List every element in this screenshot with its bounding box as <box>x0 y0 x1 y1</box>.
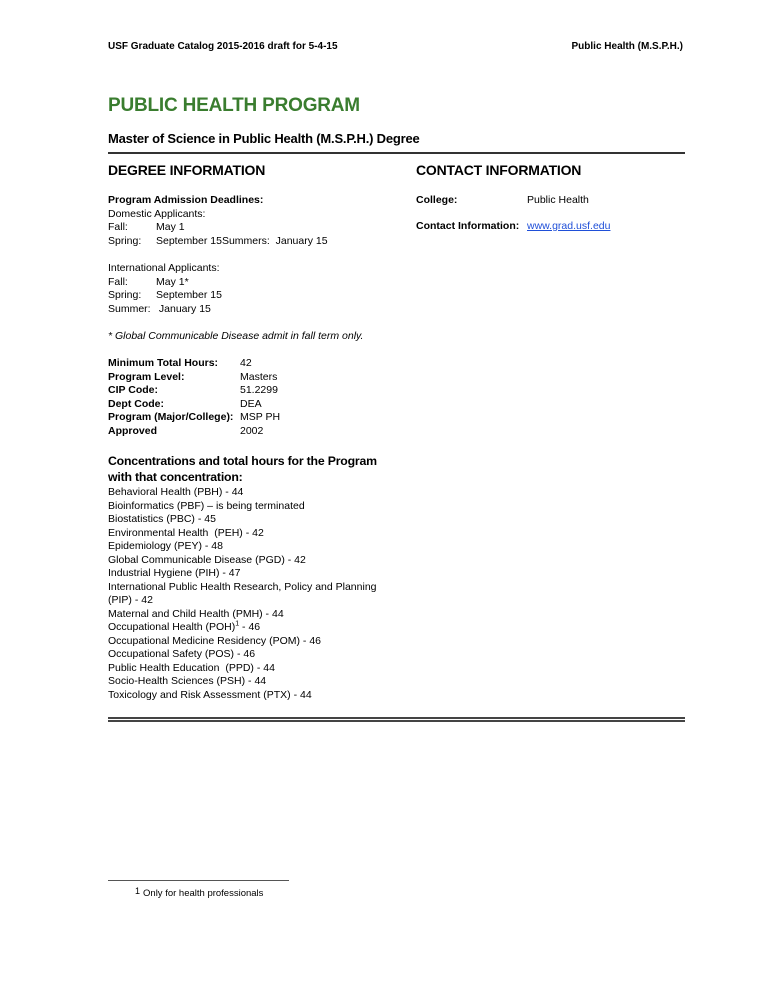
list-item: Maternal and Child Health (PMH) - 44 <box>108 608 377 622</box>
list-item: Socio-Health Sciences (PSH) - 44 <box>108 675 377 689</box>
running-header-right: Public Health (M.S.P.H.) <box>572 41 684 52</box>
page-title: PUBLIC HEALTH PROGRAM <box>108 95 360 117</box>
list-item: Epidemiology (PEY) - 48 <box>108 540 377 554</box>
detail-row: Minimum Total Hours:42 <box>108 357 280 371</box>
degree-subtitle: Master of Science in Public Health (M.S.… <box>108 131 420 146</box>
footnote-text: Only for health professionals <box>143 888 263 899</box>
degree-info-heading: DEGREE INFORMATION <box>108 162 265 178</box>
list-item: Global Communicable Disease (PGD) - 42 <box>108 554 377 568</box>
list-item: Behavioral Health (PBH) - 44 <box>108 486 377 500</box>
list-item: (PIP) - 42 <box>108 594 377 608</box>
list-item: Environmental Health (PEH) - 42 <box>108 527 377 541</box>
international-term-row: Fall:May 1* <box>108 276 363 290</box>
concentrations-heading: Concentrations and total hours for the P… <box>108 453 378 485</box>
international-term-row: Spring:September 15 <box>108 289 363 303</box>
list-item: Occupational Safety (POS) - 46 <box>108 648 377 662</box>
contact-info-row: Contact Information:www.grad.usf.edu <box>416 220 610 234</box>
program-details: Minimum Total Hours:42 Program Level:Mas… <box>108 357 280 439</box>
list-item: Occupational Health (POH)1 - 46 <box>108 621 377 635</box>
admission-deadlines: Program Admission Deadlines: Domestic Ap… <box>108 194 363 344</box>
college-label: College: <box>416 194 527 208</box>
contact-info-heading: CONTACT INFORMATION <box>416 162 581 178</box>
domestic-term-row: Spring:September 15Summers: January 15 <box>108 235 363 249</box>
domestic-label: Domestic Applicants: <box>108 208 363 222</box>
detail-row: Dept Code:DEA <box>108 398 280 412</box>
running-header-left: USF Graduate Catalog 2015-2016 draft for… <box>108 41 338 52</box>
footnote-separator <box>108 880 289 881</box>
detail-row: Program (Major/College):MSP PH <box>108 411 280 425</box>
section-divider <box>108 152 685 154</box>
fall-only-note: * Global Communicable Disease admit in f… <box>108 330 363 344</box>
concentrations-list: Behavioral Health (PBH) - 44 Bioinformat… <box>108 486 377 702</box>
contact-college-row: College:Public Health <box>416 194 589 208</box>
list-item: Industrial Hygiene (PIH) - 47 <box>108 567 377 581</box>
list-item: Occupational Medicine Residency (POM) - … <box>108 635 377 649</box>
footnote-mark: 1 <box>135 886 140 896</box>
section-end-double-rule <box>108 717 685 722</box>
detail-row: Approved2002 <box>108 425 280 439</box>
list-item: Bioinformatics (PBF) – is being terminat… <box>108 500 377 514</box>
footnote: 1Only for health professionals <box>135 888 263 899</box>
contact-label: Contact Information: <box>416 220 527 234</box>
list-item: Public Health Education (PPD) - 44 <box>108 662 377 676</box>
detail-row: Program Level:Masters <box>108 371 280 385</box>
list-item: International Public Health Research, Po… <box>108 581 377 595</box>
international-label: International Applicants: <box>108 262 363 276</box>
college-value: Public Health <box>527 194 589 206</box>
international-term-row: Summer: January 15 <box>108 303 363 317</box>
list-item: Biostatistics (PBC) - 45 <box>108 513 377 527</box>
detail-row: CIP Code:51.2299 <box>108 384 280 398</box>
contact-website-link[interactable]: www.grad.usf.edu <box>527 220 610 232</box>
domestic-term-row: Fall:May 1 <box>108 221 363 235</box>
list-item: Toxicology and Risk Assessment (PTX) - 4… <box>108 689 377 703</box>
deadlines-label: Program Admission Deadlines: <box>108 194 363 208</box>
